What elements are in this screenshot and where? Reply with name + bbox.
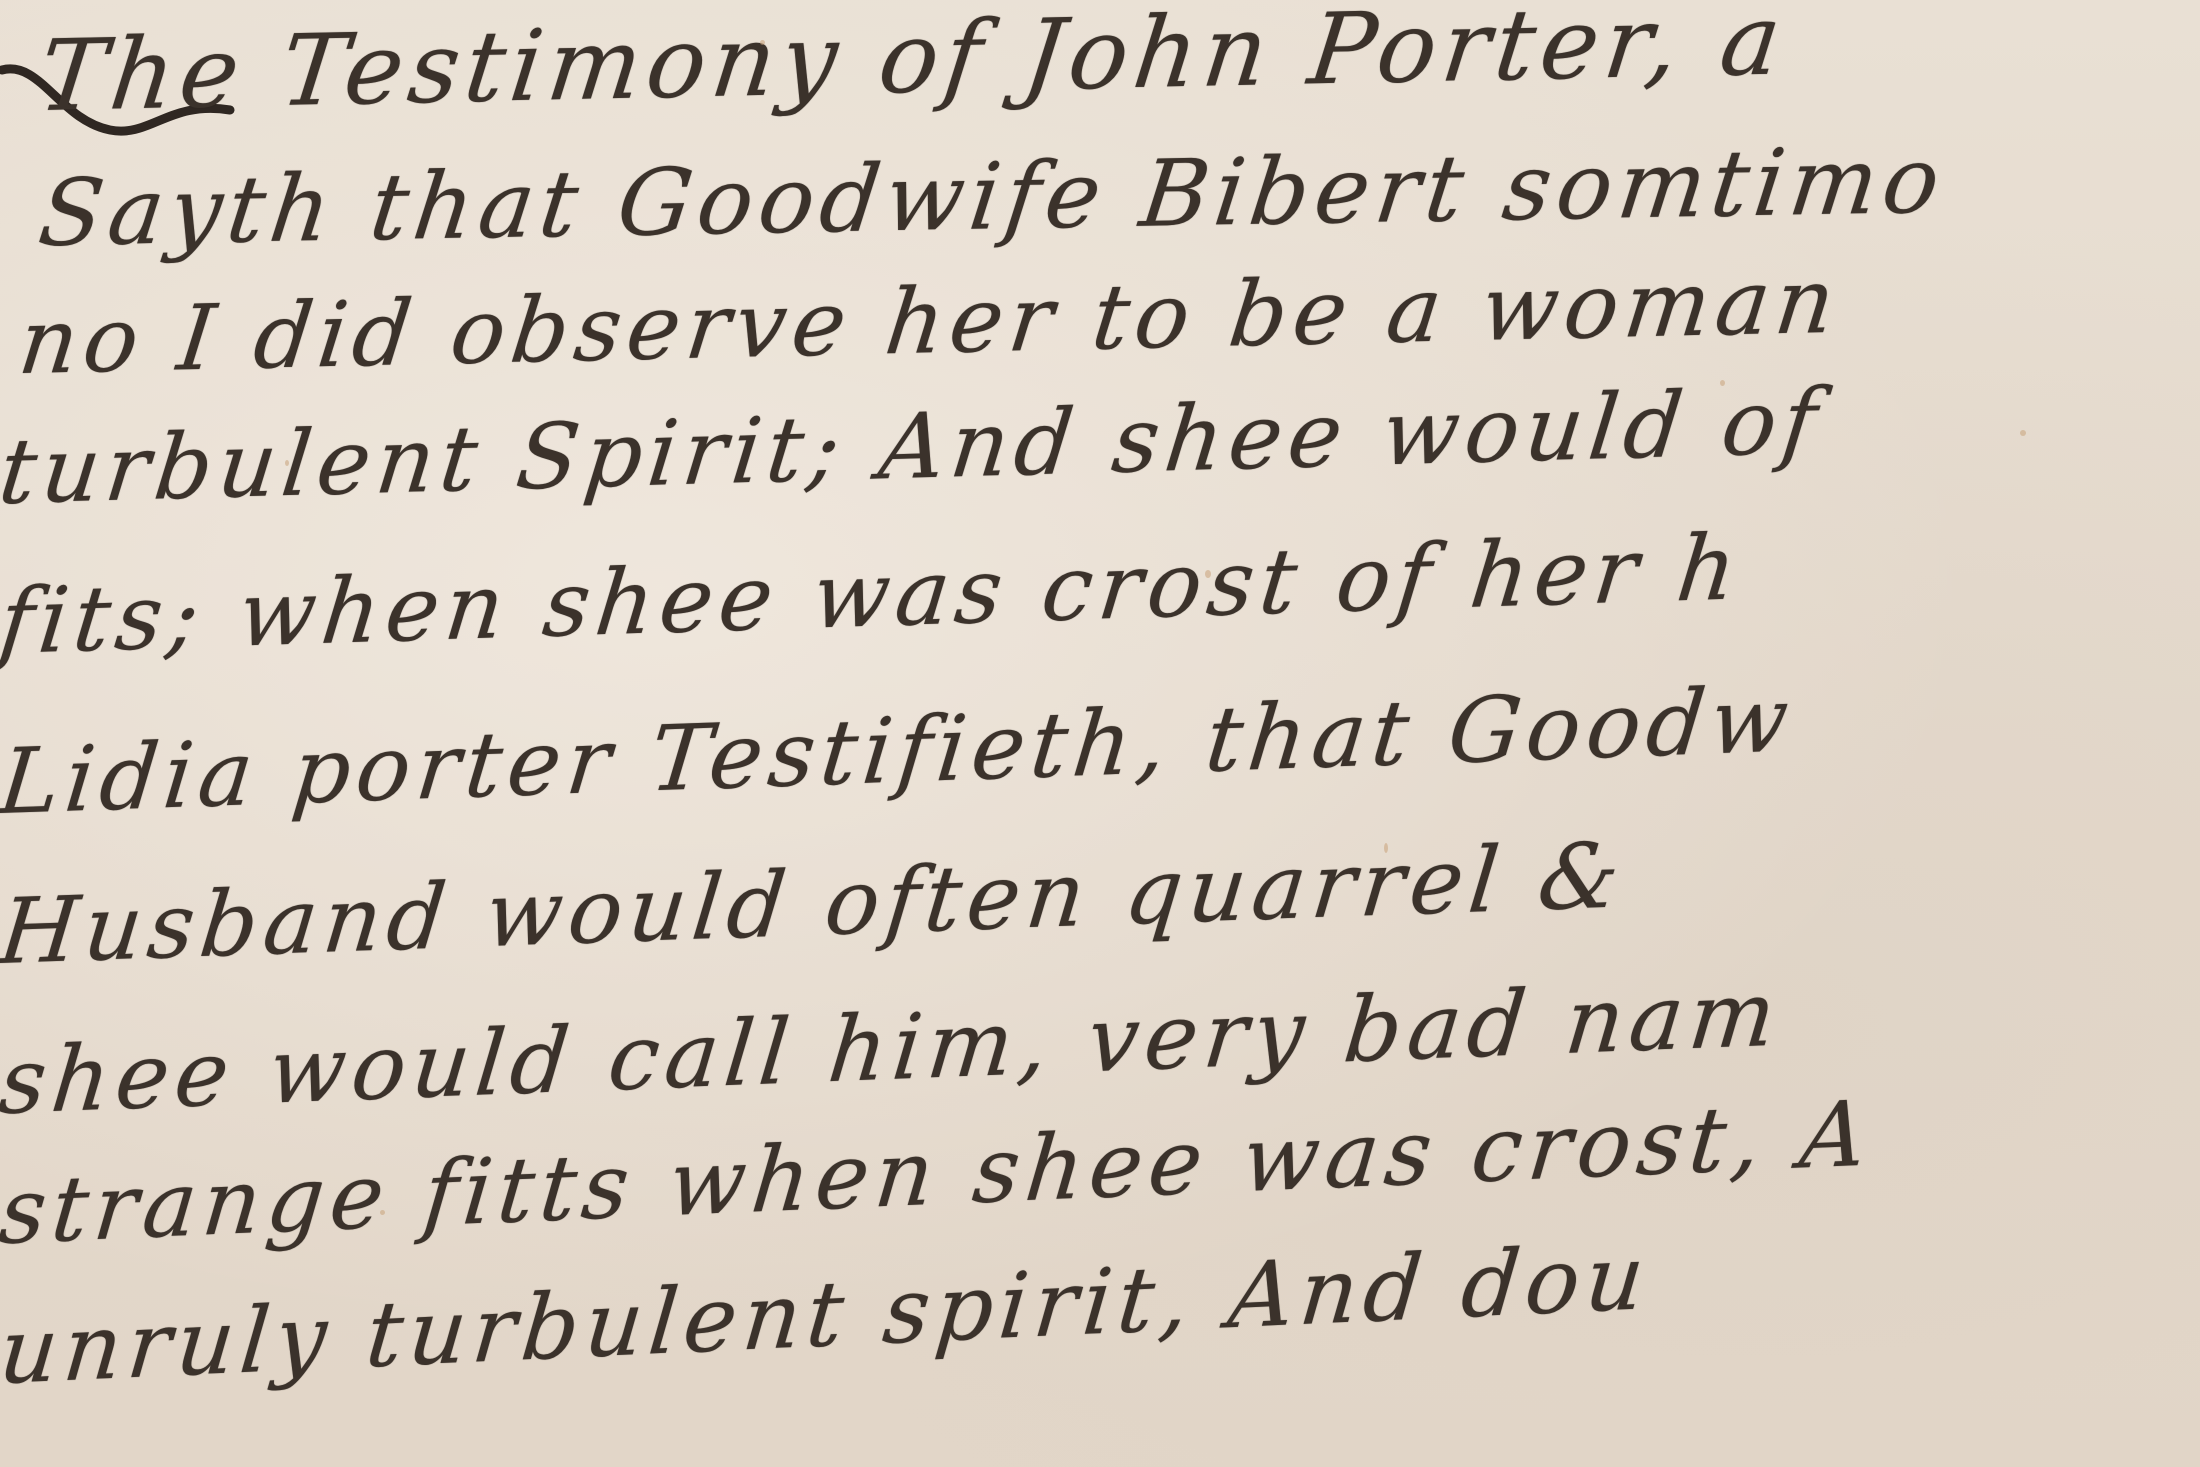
- paper-fleck: [1384, 843, 1388, 853]
- manuscript-line: turbulent Spirit; And shee would of: [0, 369, 1828, 525]
- manuscript-line: fits; when shee was crost of her h: [0, 515, 1747, 675]
- manuscript-line: Lidia porter Testifieth, that Goodw: [0, 667, 1799, 835]
- paper-fleck: [1205, 570, 1211, 578]
- paper-fleck: [1720, 380, 1725, 386]
- paper-fleck: [760, 40, 765, 45]
- manuscript-page: The Testimony of John Porter, aSayth tha…: [0, 0, 2200, 1467]
- paper-fleck: [380, 1210, 385, 1215]
- manuscript-line: The Testimony of John Porter, a: [33, 0, 1792, 134]
- paper-fleck: [2020, 430, 2026, 436]
- manuscript-line: Sayth that Goodwife Bibert somtimo: [33, 127, 1951, 267]
- manuscript-line: no I did observe her to be a woman: [14, 249, 1846, 396]
- paper-fleck: [285, 460, 289, 466]
